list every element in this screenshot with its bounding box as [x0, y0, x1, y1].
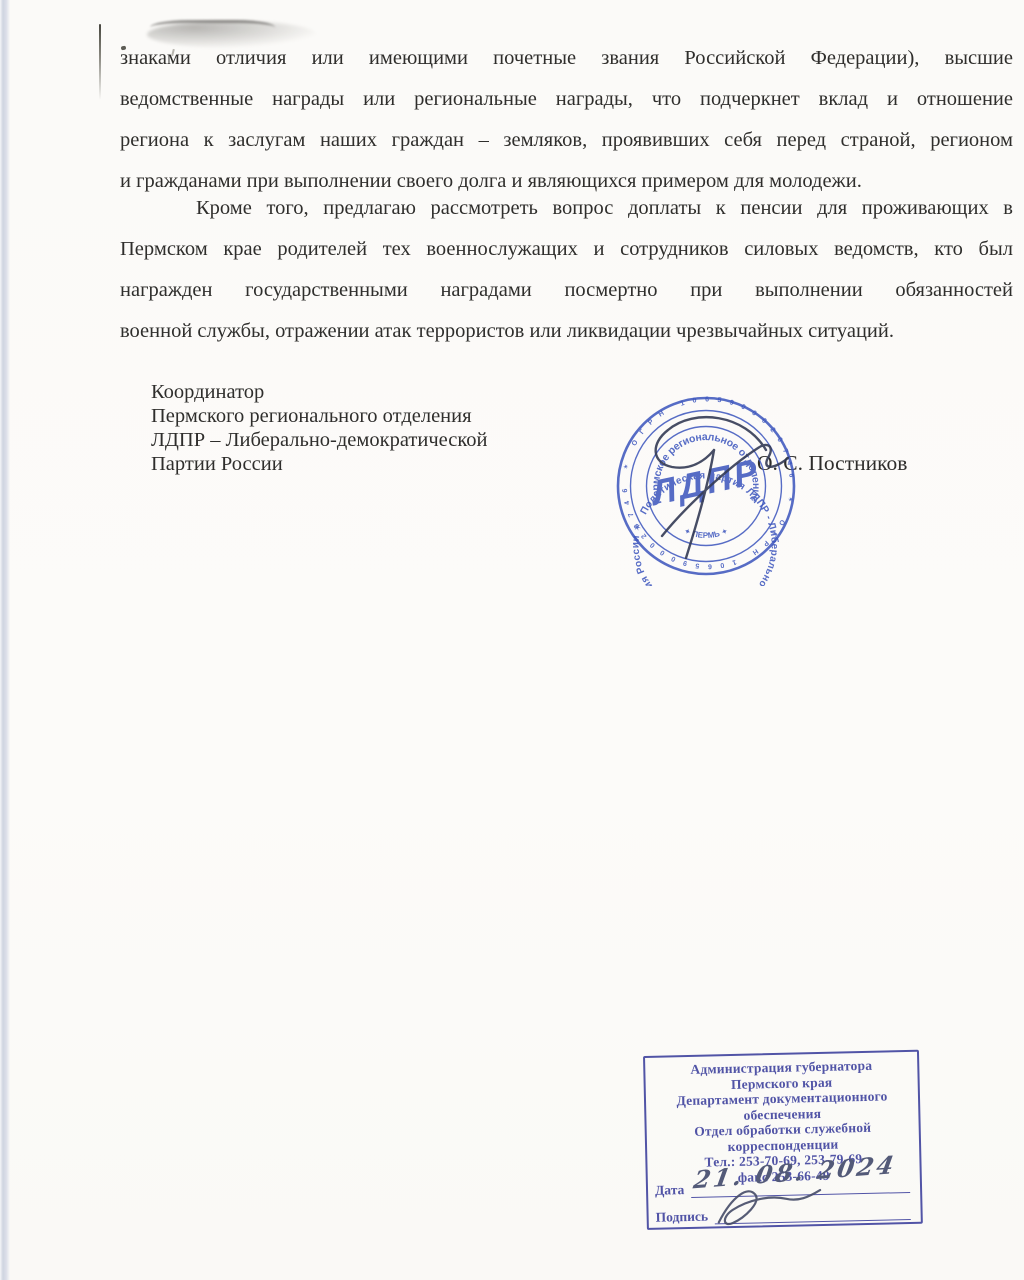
handwritten-initials [708, 1182, 839, 1231]
paragraph-2: Кроме того, предлагаю рассмотреть вопрос… [120, 188, 1013, 352]
text-line: региона к заслугам наших граждан – земля… [120, 120, 1013, 161]
paragraph-1: знаками отличия или имеющими почетные зв… [120, 38, 1013, 202]
scan-smudge-edge [150, 20, 275, 35]
scanned-letter-page: знаками отличия или имеющими почетные зв… [0, 0, 1024, 1280]
text-line: ведомственные награды или региональные н… [120, 79, 1013, 120]
text-line: Пермском крае родителей тех военнослужащ… [120, 229, 1013, 270]
svg-text:✦ ПЕРМЬ ✦: ✦ ПЕРМЬ ✦ [683, 526, 730, 540]
scan-edge-strip [0, 0, 10, 1280]
ldpr-round-stamp: ОГРН 1065900020746 ✶ ОГРН 1065900020746 … [596, 386, 828, 586]
signature-title-line: Координатор [151, 380, 571, 404]
signature-title-line: Пермского регионального отделения [151, 404, 571, 428]
text-line: Кроме того, предлагаю рассмотреть вопрос… [120, 188, 1013, 229]
signature-title-line: ЛДПР – Либерально-демократической [151, 428, 571, 452]
text-line: награжден государственными наградами пос… [120, 270, 1013, 311]
signature-title-line: Партии России [151, 452, 571, 476]
scan-scratch-line [99, 24, 101, 100]
text-line: военной службы, отражении атак террорист… [120, 311, 1013, 352]
registration-stamp: Администрация губернатора Пермского края… [643, 1050, 923, 1230]
signature-label: Подпись [655, 1209, 708, 1226]
signature-title-block: Координатор Пермского регионального отде… [151, 380, 571, 476]
stamp-city-text: ✦ ПЕРМЬ ✦ [683, 526, 730, 540]
text-line: знаками отличия или имеющими почетные зв… [120, 38, 1013, 79]
date-label: Дата [655, 1182, 685, 1199]
